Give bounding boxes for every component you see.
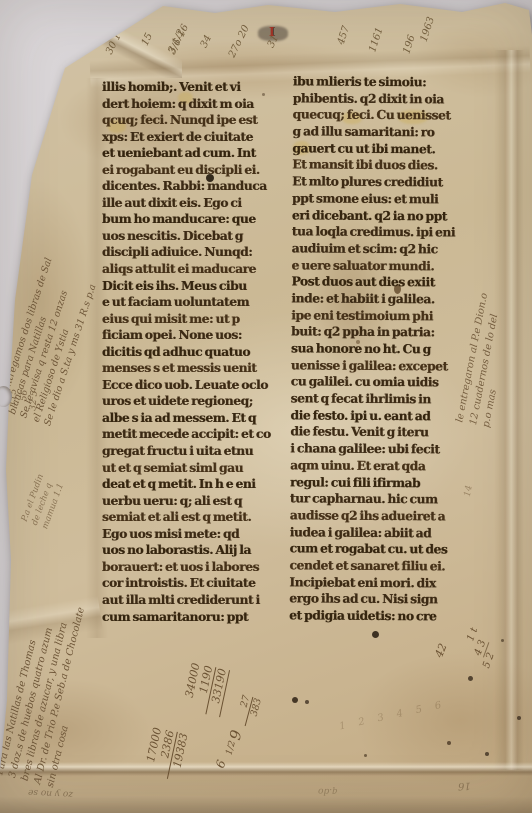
text-line: aqm uinu. Et erat qda bbox=[290, 457, 486, 475]
text-line: audiuim et scim: q2 hic bbox=[292, 240, 488, 258]
text-line: tur capharnau. hic cum bbox=[290, 490, 486, 508]
text-line: ppt smone eius: et muli bbox=[292, 190, 488, 208]
text-line: audisse q2 ihs adueiret a bbox=[290, 507, 486, 525]
ink-spot bbox=[372, 631, 379, 638]
margin-number: 196 bbox=[401, 34, 417, 56]
loose-number: 6 bbox=[213, 758, 229, 770]
text-line: regul: cui fili ifirmab bbox=[290, 474, 486, 492]
text-line: ut et q semiat siml gau bbox=[102, 460, 290, 477]
margin-number: 30 1-6 bbox=[104, 23, 128, 57]
text-line: deat et q metit. In h e eni bbox=[102, 476, 290, 493]
text-column-right: ibu mlieris te simoiu:phibentis. q2 dixi… bbox=[289, 73, 489, 625]
ink-spot bbox=[468, 676, 473, 681]
text-line: cum et rogabat cu. ut des bbox=[290, 541, 486, 559]
text-line: sua honore no ht. Cu g bbox=[291, 340, 487, 358]
text-line: uenisse i galilea: excepet bbox=[291, 357, 487, 375]
loose-number: 1/2 bbox=[225, 740, 238, 757]
text-line: menses s et messis uenit bbox=[102, 360, 290, 377]
text-line: ei rogabant eu discipli ei. bbox=[102, 162, 290, 179]
text-line: i chana galilee: ubi fecit bbox=[290, 440, 486, 458]
text-line: die festu. Venit g iteru bbox=[290, 424, 486, 442]
text-line: cor introistis. Et ciuitate bbox=[102, 575, 290, 592]
text-line: Post duos aut dies exiit bbox=[291, 274, 487, 292]
ink-spot bbox=[292, 697, 298, 703]
parchment-leaf: I illis homib;. Venit et vidert hoiem: q… bbox=[0, 0, 532, 813]
text-line: cum samaritanoru: ppt bbox=[102, 609, 290, 626]
text-line: discipli adiuice. Nunqd: bbox=[102, 244, 290, 261]
text-line: uos no laborastis. Alij la bbox=[102, 542, 290, 559]
text-line: uros et uidete regioneq; bbox=[102, 393, 290, 410]
ink-spot bbox=[305, 700, 309, 704]
text-line: et ueniebant ad cum. Int bbox=[102, 145, 290, 162]
text-line: Incipiebat eni mori. dix bbox=[289, 574, 485, 592]
arithmetic-sum-a: 34000119033190 bbox=[180, 662, 230, 717]
text-line: uerbu ueru: q; ali est q bbox=[102, 493, 290, 510]
margin-number: 15 bbox=[140, 31, 155, 47]
arithmetic-sum-c: 27383 bbox=[234, 694, 264, 729]
text-line: cu galilei. cu omia uidis bbox=[291, 374, 487, 392]
text-line: ficiam opei. None uos: bbox=[102, 327, 290, 344]
text-line: dert hoiem: q dixit m oia bbox=[102, 96, 290, 113]
text-line: ergo ihs ad cu. Nisi sign bbox=[289, 591, 485, 609]
text-line: xps: Et exiert de ciuitate bbox=[102, 129, 290, 146]
text-line: ille aut dixit eis. Ego ci bbox=[102, 195, 290, 212]
loose-number: 42 bbox=[432, 642, 449, 660]
faint-number-scrawl: 1 2 3 4 5 6 bbox=[338, 695, 467, 733]
text-line: tua loqla credimus. ipi eni bbox=[292, 224, 488, 242]
margin-number: 457 bbox=[336, 25, 366, 51]
text-line: metit mecede accipit: et co bbox=[102, 426, 290, 443]
text-line: quecuq; feci. Cu uenisset bbox=[293, 107, 489, 125]
text-line: ibu mlieris te simoiu: bbox=[293, 73, 489, 91]
text-line: illis homib;. Venit et vi bbox=[102, 79, 290, 96]
text-line: et pdigia uidetis: no cre bbox=[289, 607, 485, 625]
margin-number: 1963 bbox=[418, 16, 458, 51]
text-line: eius qui misit me: ut p bbox=[102, 311, 290, 328]
right-vertical-crease bbox=[494, 50, 524, 770]
ink-spot bbox=[517, 716, 521, 720]
text-line: cendet et sanaret filiu ei. bbox=[289, 557, 485, 575]
text-line: inde: et habiit i galilea. bbox=[291, 290, 487, 308]
arithmetic-sum-b: 17000238619383 bbox=[141, 726, 190, 781]
bottom-folded-strip bbox=[0, 772, 532, 813]
text-line: aliqs attulit ei maducare bbox=[102, 261, 290, 278]
text-line: Ecce dico uob. Leuate oclo bbox=[102, 377, 290, 394]
margin-number: 27o 20 bbox=[227, 24, 252, 60]
ink-spot bbox=[364, 754, 367, 757]
text-line: e ut faciam uoluntatem bbox=[102, 294, 290, 311]
text-line: semiat et ali est q metit. bbox=[102, 509, 290, 526]
text-line: Ego uos misi mete: qd bbox=[102, 526, 290, 543]
margin-number: 1161 bbox=[367, 26, 392, 56]
text-line: Et mlto plures credidiut bbox=[292, 173, 488, 191]
bottom-fold-ridge bbox=[0, 762, 532, 776]
text-line: phibentis. q2 dixit in oia bbox=[293, 90, 489, 108]
text-line: Et mansit ibi duos dies. bbox=[292, 157, 488, 175]
text-line: dicitis qd adhuc quatuo bbox=[102, 344, 290, 361]
parchment-wrapper: I illis homib;. Venit et vidert hoiem: q… bbox=[0, 0, 532, 813]
ink-spot bbox=[447, 741, 451, 745]
text-line: eri dicebant. q2 ia no ppt bbox=[292, 207, 488, 225]
text-line: ipe eni testimoium phi bbox=[291, 307, 487, 325]
margin-number: 31 bbox=[266, 33, 281, 49]
left-margin-lower-note: Para las Natillas de Thomas3 doz.s de hu… bbox=[0, 540, 115, 789]
text-line: bum ho manducare: que bbox=[102, 211, 290, 228]
top-mid-margin-numbers: 3 1/23427o 2031 bbox=[164, 36, 280, 47]
text-line: albe s ia ad messem. Et q bbox=[102, 410, 290, 427]
text-line: borauert: et uos i labores bbox=[102, 559, 290, 576]
ink-spot bbox=[485, 752, 489, 756]
margin-number: 34 bbox=[198, 33, 213, 49]
fold-fragment: 16 bbox=[458, 780, 471, 791]
text-line: iudea i galilea: abiit ad bbox=[290, 524, 486, 542]
top-right-margin-numbers: 45711611961963 bbox=[341, 16, 451, 50]
text-line: gauert cu ut ibi manet. bbox=[292, 140, 488, 158]
text-line: qcuq; feci. Nunqd ipe est bbox=[102, 112, 290, 129]
text-column-left: illis homib;. Venit et vidert hoiem: q d… bbox=[102, 79, 290, 625]
text-line: buit: q2 ppha in patria: bbox=[291, 324, 487, 342]
fold-fragment: q.do bbox=[318, 786, 338, 796]
text-line: Dicit eis ihs. Meus cibu bbox=[102, 278, 290, 295]
text-line: aut illa mlti crediderunt i bbox=[102, 592, 290, 609]
fold-fragment: zo y no se bbox=[28, 787, 73, 799]
text-line: gregat fructu i uita etnu bbox=[102, 443, 290, 460]
manuscript-photo: I illis homib;. Venit et vidert hoiem: q… bbox=[0, 0, 532, 813]
ink-spot bbox=[501, 639, 504, 642]
text-line: e uere saluator mundi. bbox=[292, 257, 488, 275]
margin-number: 3 1/2 bbox=[166, 28, 187, 56]
margin-number: 32 5 bbox=[26, 390, 40, 433]
loose-number: 14 bbox=[463, 484, 475, 497]
text-line: g ad illu samaritani: ro bbox=[292, 123, 488, 141]
text-line: uos nescitis. Dicebat g bbox=[102, 228, 290, 245]
